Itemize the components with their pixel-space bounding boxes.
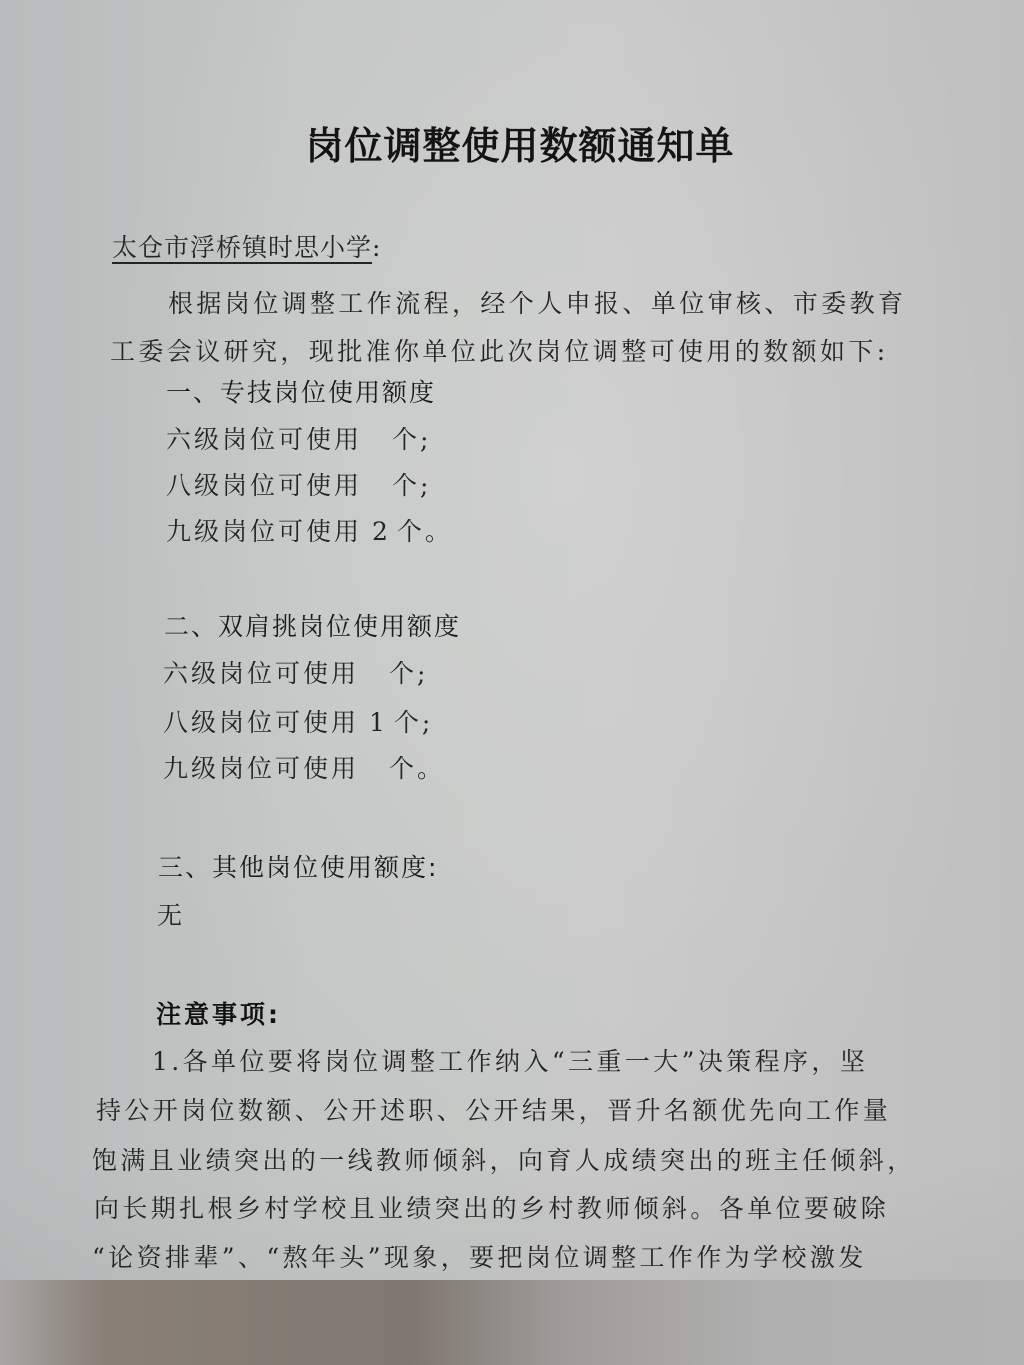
document-title: 岗位调整使用数额通知单 [0, 115, 1024, 170]
item-label: 九级岗位可使用 [163, 754, 359, 783]
section-3-heading: 三、其他岗位使用额度: [158, 848, 438, 884]
item-unit: 个。 [397, 517, 453, 546]
item-unit: 个; [392, 471, 431, 500]
intro-line-2: 工委会议研究，现批准你单位此次岗位调整可使用的数额如下: [110, 332, 889, 368]
notes-heading: 注意事项: [156, 995, 281, 1031]
section-1-item-2: 八级岗位可使用个; [166, 466, 431, 502]
item-count: 1 [369, 708, 388, 737]
item-label: 八级岗位可使用 [166, 471, 362, 500]
item-label: 九级岗位可使用 [166, 517, 362, 546]
intro-line-1: 根据岗位调整工作流程，经个人申报、单位审核、市委教育 [168, 284, 906, 320]
section-1-heading: 一、专技岗位使用额度 [166, 373, 436, 409]
addressee-name: 太仓市浮桥镇时思小学 [112, 233, 372, 262]
section-2-heading: 二、双肩挑岗位使用额度 [164, 607, 461, 643]
addressee-colon: : [372, 233, 381, 262]
section-3-value: 无 [157, 896, 185, 932]
notes-line-2: 持公开岗位数额、公开述职、公开结果，晋升名额优先向工作量 [96, 1091, 891, 1127]
notes-line-4: 向长期扎根乡村学校且业绩突出的乡村教师倾斜。各单位要破除 [94, 1189, 889, 1225]
section-1-item-3: 九级岗位可使用2个。 [166, 512, 453, 548]
item-count: 2 [372, 517, 391, 546]
addressee: 太仓市浮桥镇时思小学: [112, 228, 381, 264]
section-1-item-1: 六级岗位可使用个; [166, 420, 431, 456]
item-label: 八级岗位可使用 [163, 708, 359, 737]
notes-line-3: 饱满且业绩突出的一线教师倾斜，向育人成绩突出的班主任倾斜， [92, 1141, 916, 1177]
notes-line-1: 1.各单位要将岗位调整工作纳入“三重一大”决策程序，坚 [152, 1042, 868, 1078]
item-unit: 个; [392, 425, 431, 454]
section-2-item-2: 八级岗位可使用1个; [163, 703, 433, 739]
section-2-item-1: 六级岗位可使用个; [163, 654, 428, 690]
item-label: 六级岗位可使用 [166, 425, 362, 454]
item-unit: 个。 [389, 754, 445, 783]
section-2-item-3: 九级岗位可使用个。 [163, 749, 445, 785]
item-unit: 个; [394, 708, 433, 737]
item-unit: 个; [389, 659, 428, 688]
photo-shadow-edge [0, 1280, 1024, 1365]
item-label: 六级岗位可使用 [163, 659, 359, 688]
notes-line-5: “论资排辈”、“熬年头”现象，要把岗位调整工作作为学校激发 [92, 1238, 867, 1274]
